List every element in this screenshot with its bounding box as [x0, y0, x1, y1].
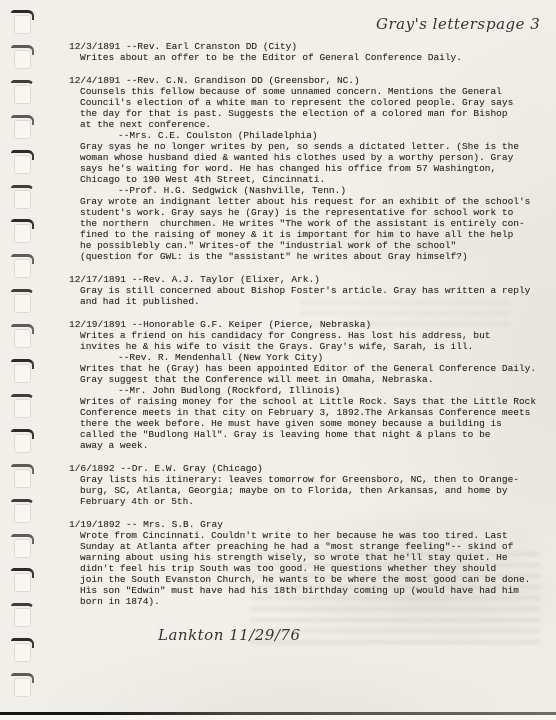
binding-hole — [9, 394, 39, 420]
entry-summary-text: Gray lists his itinerary: leaves tomorro… — [80, 474, 551, 507]
letter-entry: 12/4/1891 --Rev. C.N. Grandison DD (Gree… — [69, 75, 551, 262]
letter-entry: 12/17/1891 --Rev. A.J. Taylor (Elixer, A… — [69, 274, 551, 307]
letter-entry: 12/3/1891 --Rev. Earl Cranston DD (City)… — [69, 41, 551, 63]
scanned-document-page: Gray's letters page 3 12/3/1891 --Rev. E… — [0, 0, 556, 720]
entry-date-heading: 12/4/1891 --Rev. C.N. Grandison DD (Gree… — [69, 75, 551, 86]
entry-summary-text: Gray syas he no longer writes by pen, so… — [80, 141, 551, 185]
binding-hole — [9, 464, 39, 490]
entry-date-heading: 1/19/1892 -- Mrs. S.B. Gray — [69, 519, 551, 530]
binding-hole — [9, 499, 39, 525]
entry-summary-text: Counsels this fellow because of some unn… — [80, 86, 551, 130]
binding-hole — [9, 638, 39, 664]
entry-date-heading: 12/17/1891 --Rev. A.J. Taylor (Elixer, A… — [69, 274, 551, 285]
entry-summary-text: Writes of raising money for the school a… — [80, 396, 551, 451]
letter-entry: 1/6/1892 --Dr. E.W. Gray (Chicago)Gray l… — [69, 463, 551, 507]
letter-entry: 12/19/1891 --Honorable G.F. Keiper (Pier… — [69, 319, 551, 451]
entry-correspondent-subheading: --Mr. John Budlong (Rockford, Illinois) — [118, 385, 551, 396]
handwritten-page-number: page 3 — [486, 15, 540, 33]
entry-correspondent-subheading: --Mrs. C.E. Coulston (Philadelphia) — [118, 130, 551, 141]
binding-hole — [9, 219, 39, 245]
binding-hole — [9, 324, 39, 350]
binding-hole — [9, 254, 39, 280]
binding-hole — [9, 568, 39, 594]
binding-hole — [9, 429, 39, 455]
entry-date-heading: 1/6/1892 --Dr. E.W. Gray (Chicago) — [69, 463, 551, 474]
entry-summary-text: Wrote from Cincinnati. Couldn't write to… — [80, 530, 551, 607]
entry-summary-text: Writes about an offer to be the Editor o… — [80, 52, 551, 63]
binding-hole — [9, 534, 39, 560]
binding-hole — [9, 289, 39, 315]
scan-below-edge — [0, 715, 556, 720]
binding-hole — [9, 115, 39, 141]
entry-summary-text: Gray is still concerned about Bishop Fos… — [80, 285, 551, 307]
binding-hole — [9, 185, 39, 211]
entry-summary-text: Writes that he (Gray) has been appointed… — [80, 363, 551, 385]
binding-hole — [9, 359, 39, 385]
handwritten-title: Gray's letters — [376, 15, 486, 33]
binding-hole — [9, 673, 39, 699]
entry-correspondent-subheading: --Prof. H.G. Sedgwick (Nashville, Tenn.) — [118, 185, 551, 196]
typed-letter-summaries: 12/3/1891 --Rev. Earl Cranston DD (City)… — [69, 41, 551, 607]
binding-hole — [9, 10, 39, 36]
binding-hole — [9, 80, 39, 106]
binding-hole — [9, 603, 39, 629]
entry-date-heading: 12/3/1891 --Rev. Earl Cranston DD (City) — [69, 41, 551, 52]
handwritten-footer-note: Lankton 11/29/76 — [158, 626, 301, 644]
entry-summary-text: Writes a friend on his candidacy for Con… — [80, 330, 551, 352]
binding-hole — [9, 150, 39, 176]
binding-hole — [9, 45, 39, 71]
entry-correspondent-subheading: --Rev. R. Mendenhall (New York City) — [118, 352, 551, 363]
entry-date-heading: 12/19/1891 --Honorable G.F. Keiper (Pier… — [69, 319, 551, 330]
letter-entry: 1/19/1892 -- Mrs. S.B. GrayWrote from Ci… — [69, 519, 551, 607]
entry-summary-text: Gray wrote an indignant letter about his… — [80, 196, 551, 262]
